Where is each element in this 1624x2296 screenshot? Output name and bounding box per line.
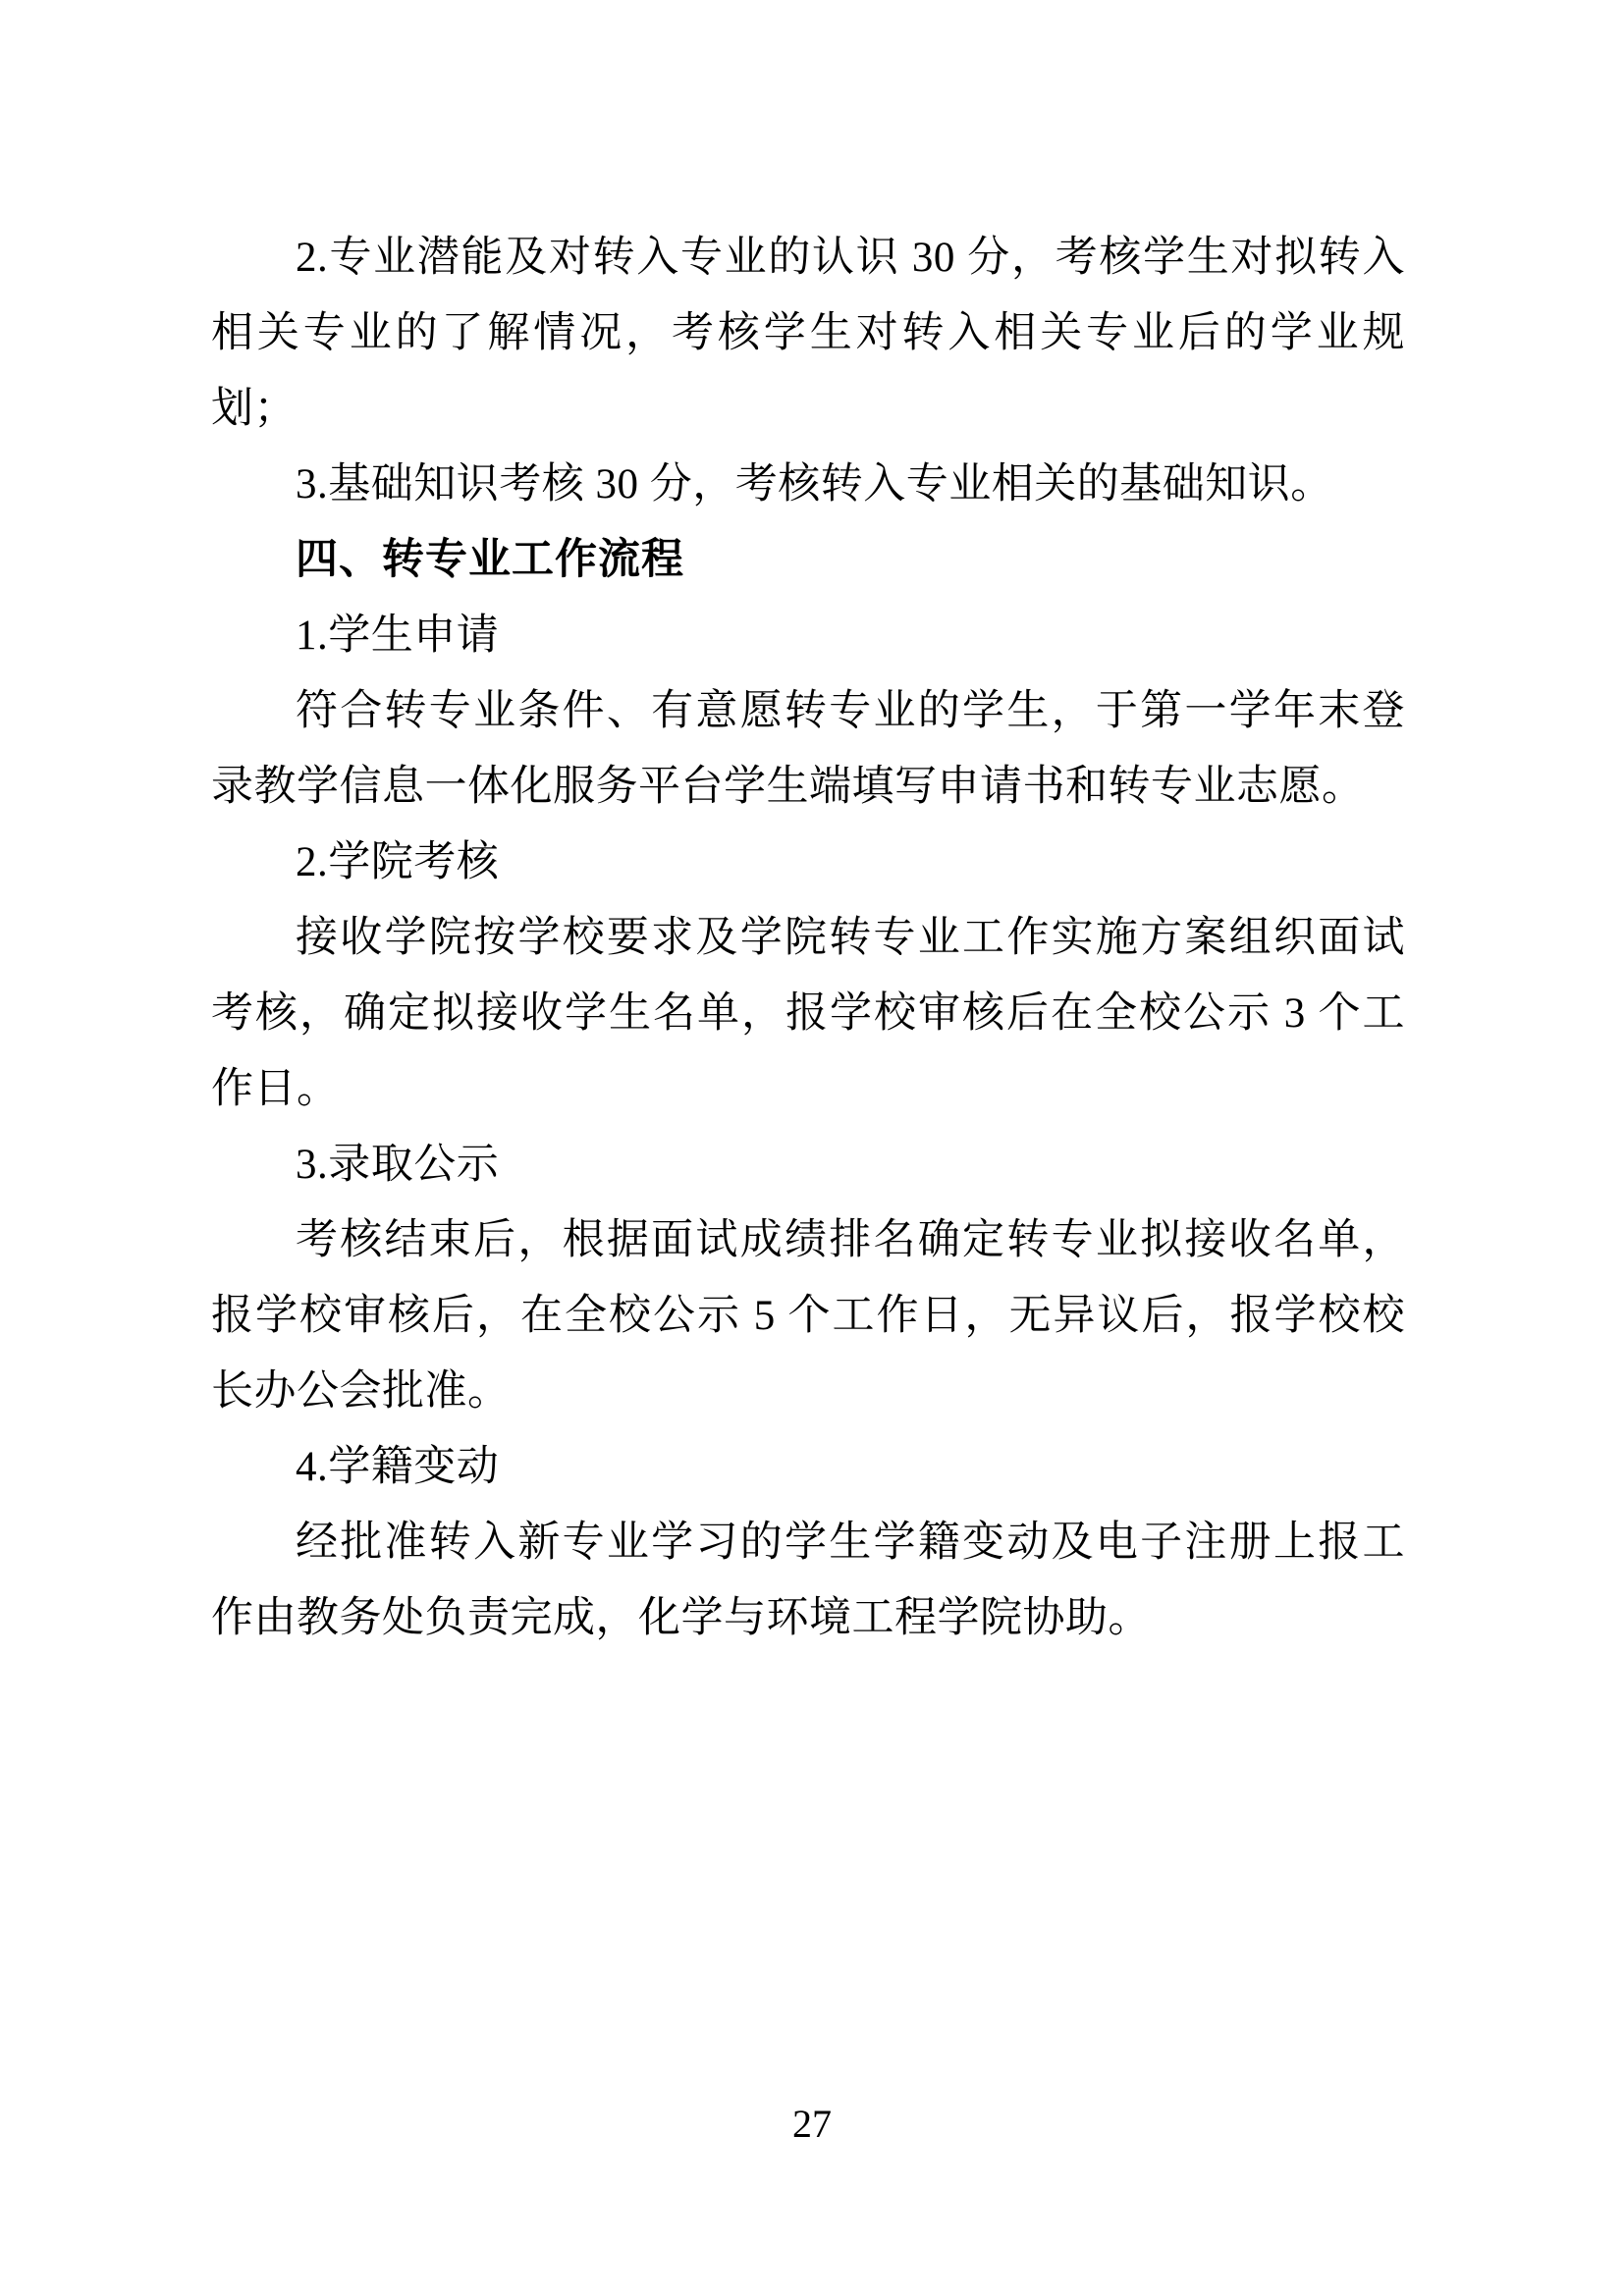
paragraph: 接收学院按学校要求及学院转专业工作实施方案组织面试考核，确定拟接收学生名单，报学… [211, 900, 1405, 1127]
paragraph: 2.学院考核 [211, 825, 1405, 900]
paragraph: 2.专业潜能及对转入专业的认识 30 分，考核学生对拟转入相关专业的了解情况，考… [211, 220, 1405, 447]
paragraph: 4.学籍变动 [211, 1429, 1405, 1505]
paragraph: 3.录取公示 [211, 1127, 1405, 1202]
page-number: 27 [0, 2101, 1624, 2148]
paragraph: 3.基础知识考核 30 分，考核转入专业相关的基础知识。 [211, 447, 1405, 522]
section-heading: 四、转专业工作流程 [211, 522, 1405, 598]
paragraph: 符合转专业条件、有意愿转专业的学生，于第一学年末登录教学信息一体化服务平台学生端… [211, 673, 1405, 825]
document-page: 2.专业潜能及对转入专业的认识 30 分，考核学生对拟转入相关专业的了解情况，考… [0, 0, 1624, 2296]
document-body: 2.专业潜能及对转入专业的认识 30 分，考核学生对拟转入相关专业的了解情况，考… [211, 220, 1405, 1656]
paragraph: 考核结束后，根据面试成绩排名确定转专业拟接收名单，报学校审核后，在全校公示 5 … [211, 1202, 1405, 1429]
paragraph: 经批准转入新专业学习的学生学籍变动及电子注册上报工作由教务处负责完成，化学与环境… [211, 1505, 1405, 1656]
paragraph: 1.学生申请 [211, 598, 1405, 673]
